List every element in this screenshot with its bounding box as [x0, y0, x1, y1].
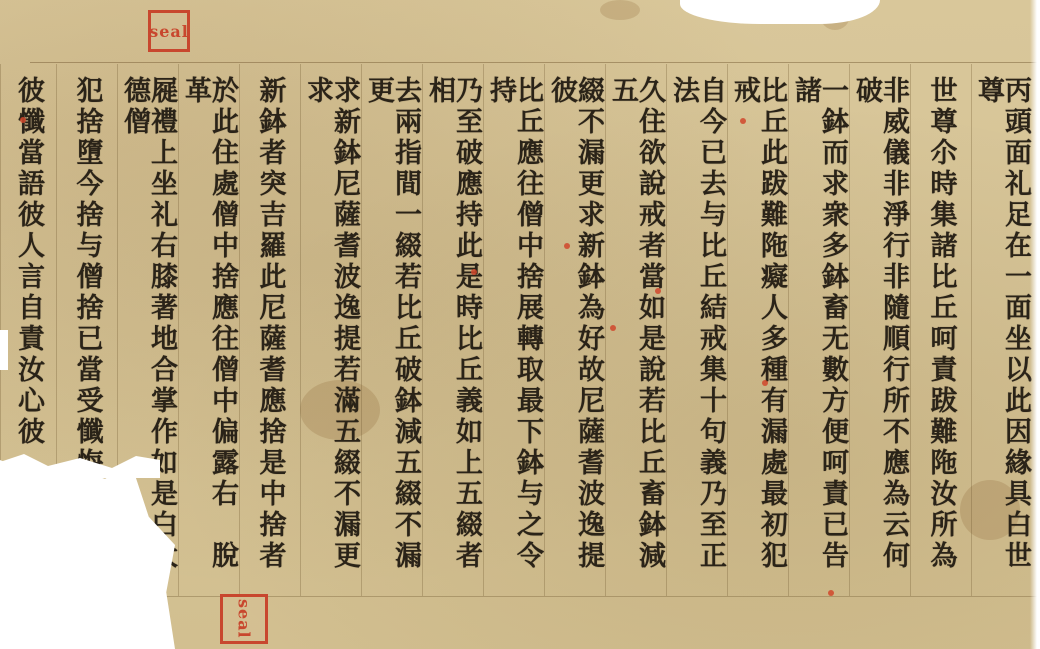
ruled-line-bottom: [30, 596, 1040, 597]
column-14: 於此住處僧中捨應往僧中偏露右 脫革: [178, 64, 239, 596]
column-text: 比丘此跋難陁癡人多種有漏處最初犯戒: [731, 64, 785, 596]
column-10: 乃至破應持此是時比丘義如上五綴者相: [422, 64, 483, 596]
column-text: 久住欲說戒者當如是說若比丘畜鉢減五: [609, 64, 663, 596]
column-text: 於此住處僧中捨應往僧中偏露右 脫革: [182, 64, 236, 596]
column-text: 非威儀非淨行非隨順行所不應為云何破: [853, 64, 907, 596]
ruled-line-top: [30, 62, 1040, 63]
column-text: 綴不漏更求新鉢為好故尼薩耆波逸提彼: [548, 64, 602, 596]
column-3: 非威儀非淨行非隨順行所不應為云何破: [849, 64, 910, 596]
column-text: 丙頭面礼足在一面坐以此因緣具白世尊: [975, 64, 1029, 596]
column-text: 世尊尒時集諸比丘呵責跋難陁汝所為: [928, 64, 955, 596]
collector-seal-bottom: seal: [220, 594, 268, 644]
column-text: 乃至破應持此是時比丘義如上五綴者相: [426, 64, 480, 596]
column-11: 去兩指間一綴若比丘破鉢減五綴不漏更: [361, 64, 422, 596]
column-text: 自今已去与比丘結戒集十句義乃至正法: [670, 64, 724, 596]
column-text: 比丘應往僧中捨展轉取最下鉢与之令持: [487, 64, 541, 596]
punctuation-dot: [610, 325, 616, 331]
punctuation-dot: [828, 590, 834, 596]
text-columns: 丙頭面礼足在一面坐以此因緣具白世尊 世尊尒時集諸比丘呵責跋難陁汝所為 非威儀非淨…: [0, 64, 1032, 596]
column-8: 綴不漏更求新鉢為好故尼薩耆波逸提彼: [544, 64, 605, 596]
punctuation-dot: [471, 269, 477, 275]
column-text: 求新鉢尼薩耆波逸提若滿五綴不漏更求: [304, 64, 358, 596]
column-1: 丙頭面礼足在一面坐以此因緣具白世尊: [971, 64, 1032, 596]
column-9: 比丘應往僧中捨展轉取最下鉢与之令持: [483, 64, 544, 596]
column-2: 世尊尒時集諸比丘呵責跋難陁汝所為: [910, 64, 971, 596]
column-text: 新鉢者突吉羅此尼薩耆應捨是中捨者: [257, 64, 284, 596]
column-5: 比丘此跋難陁癡人多種有漏處最初犯戒: [727, 64, 788, 596]
paper-edge-right: [1030, 0, 1040, 649]
punctuation-dot: [655, 288, 661, 294]
column-4: 一鉢而求衆多鉢畜无數方便呵責已告諸: [788, 64, 849, 596]
punctuation-dot: [564, 243, 570, 249]
column-6: 自今已去与比丘結戒集十句義乃至正法: [666, 64, 727, 596]
column-12: 求新鉢尼薩耆波逸提若滿五綴不漏更求: [300, 64, 361, 596]
stain: [600, 0, 640, 20]
punctuation-dot: [740, 118, 746, 124]
column-13: 新鉢者突吉羅此尼薩耆應捨是中捨者: [239, 64, 300, 596]
punctuation-dot: [762, 380, 768, 386]
column-text: 去兩指間一綴若比丘破鉢減五綴不漏更: [365, 64, 419, 596]
paper-tear-left-notch: [0, 330, 8, 370]
punctuation-dot: [20, 117, 26, 123]
column-text: 一鉢而求衆多鉢畜无數方便呵責已告諸: [792, 64, 846, 596]
collector-seal-top: seal: [148, 10, 190, 52]
